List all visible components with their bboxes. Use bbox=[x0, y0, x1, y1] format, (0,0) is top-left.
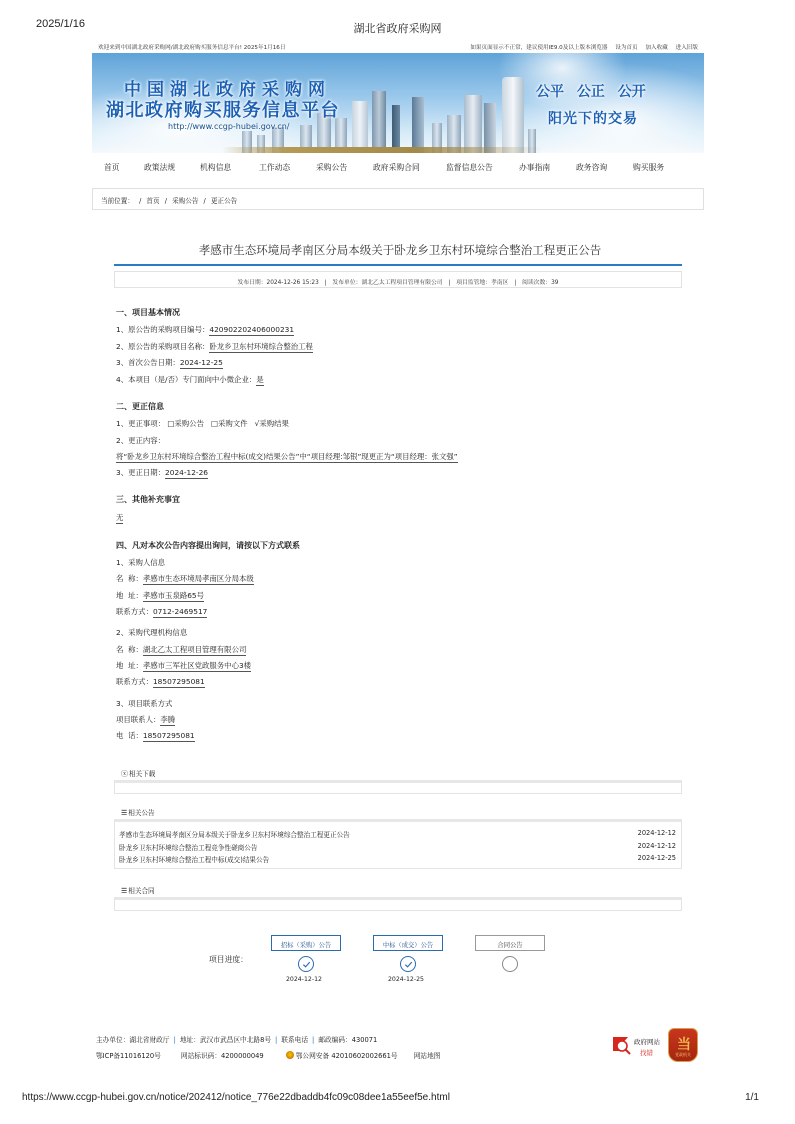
police-badge-icon bbox=[286, 1051, 294, 1059]
step-tender-date: 2024-12-12 bbox=[286, 976, 322, 983]
section1-heading: 一、项目基本情况 bbox=[116, 307, 180, 318]
nav-item-contracts[interactable]: 政府采购合同 bbox=[373, 162, 420, 173]
breadcrumb-separator: / bbox=[165, 197, 167, 205]
banner-title-secondary: 湖北政府购买服务信息平台 bbox=[106, 96, 340, 122]
region: 孝南区 bbox=[491, 280, 508, 286]
unchecked-box-icon: □ bbox=[211, 419, 218, 428]
magnifier-flag-icon bbox=[612, 1035, 634, 1057]
sme-only-value: 是 bbox=[256, 375, 263, 386]
footer-phone-link[interactable]: 联系电话 bbox=[281, 1036, 308, 1044]
step-award-notice-button[interactable]: 中标（成交）公告 bbox=[373, 935, 443, 951]
footer-info-line: 主办单位：湖北省财政厅|地址：武汉市武昌区中北路8号|联系电话|邮政编码：430… bbox=[96, 1034, 377, 1044]
nav-item-procurement-notices[interactable]: 采购公告 bbox=[316, 162, 347, 173]
related-notice-date: 2024-12-12 bbox=[638, 829, 676, 837]
purchaser-name: 孝感市生态环境局孝南区分局本级 bbox=[143, 574, 254, 585]
party-badge-label: 党政机关 bbox=[671, 1052, 695, 1058]
field-label: 地 址： bbox=[116, 591, 143, 600]
footer-registration-line: 鄂ICP备11016120号 网站标识码：4200000049 鄂公网安备 42… bbox=[96, 1050, 440, 1060]
views-label: 阅读次数： bbox=[522, 280, 551, 286]
footer-postcode: 邮政编码：430071 bbox=[318, 1036, 377, 1044]
field-label: 联系方式： bbox=[116, 677, 153, 686]
field-label: 1、原公告的采购项目编号： bbox=[116, 325, 209, 334]
nav-item-policies[interactable]: 政策法规 bbox=[144, 162, 175, 173]
publish-date-label: 发布日期： bbox=[238, 280, 267, 286]
banner-url: http://www.ccgp-hubei.gov.cn/ bbox=[168, 122, 289, 131]
field-label: 3、更正日期： bbox=[116, 468, 165, 477]
correction-content: 将“卧龙乡卫东村环境综合整治工程中标(成交)结果公告”中“项目经理:邹银”现更正… bbox=[116, 451, 458, 462]
original-project-number: 420902202406000231 bbox=[209, 325, 294, 336]
top-links: 如果页面显示不正常，建议使用IE9.0及以上版本浏览器 设为首页 加入收藏 进入… bbox=[464, 43, 698, 51]
publisher-label: 发布单位： bbox=[332, 280, 361, 286]
related-contracts-box bbox=[114, 897, 682, 911]
title-divider bbox=[114, 264, 682, 266]
supplementary-text: 无 bbox=[116, 513, 123, 524]
field-label: 联系方式： bbox=[116, 607, 153, 616]
purchaser-name-row: 名 称：孝感市生态环境局孝南区分局本级 bbox=[116, 573, 254, 584]
nav-item-supervision[interactable]: 监督信息公告 bbox=[446, 162, 493, 173]
welcome-text: 欢迎来到中国湖北政府采购网/湖北政府购买服务信息平台! 2025年1月16日 bbox=[98, 43, 285, 51]
findbug-line1: 政府网站 bbox=[634, 1037, 660, 1046]
correction-date: 2024-12-26 bbox=[165, 468, 208, 479]
field-label: 3、首次公告日期： bbox=[116, 358, 180, 367]
field-label: 名 称： bbox=[116, 574, 143, 583]
set-homepage-link[interactable]: 设为首页 bbox=[615, 45, 637, 51]
breadcrumb-separator: / bbox=[204, 197, 206, 205]
article-title: 孝感市生态环境局孝南区分局本级关于卧龙乡卫东村环境综合整治工程更正公告 bbox=[100, 242, 700, 258]
purchaser-address-row: 地 址：孝感市玉泉路65号 bbox=[116, 590, 204, 601]
related-downloads-box bbox=[114, 780, 682, 794]
print-page-number: 1/1 bbox=[745, 1092, 759, 1103]
breadcrumb: 当前位置： / 首页 / 采购公告 / 更正公告 bbox=[92, 188, 704, 210]
top-utility-bar: 欢迎来到中国湖北政府采购网/湖北政府购买服务信息平台! 2025年1月16日 如… bbox=[92, 41, 704, 53]
related-notice-item[interactable]: 孝感市生态环境局孝南区分局本级关于卧龙乡卫东村环境综合整治工程更正公告 2024… bbox=[119, 829, 676, 839]
site-id: 网站标识码：4200000049 bbox=[181, 1052, 264, 1060]
breadcrumb-separator: / bbox=[139, 197, 141, 205]
party-emblem-icon: 当 bbox=[677, 1034, 691, 1054]
download-circle-icon: ⓧ bbox=[121, 770, 128, 778]
agency-title: 2、采购代理机构信息 bbox=[116, 627, 187, 638]
step-contract-notice-button[interactable]: 合同公告 bbox=[475, 935, 545, 951]
breadcrumb-label: 当前位置： bbox=[101, 197, 134, 205]
matter-procurement-docs: □采购文件 bbox=[211, 419, 248, 428]
related-contracts-header: ☰相关合同 bbox=[121, 885, 155, 895]
checkmark-icon bbox=[404, 960, 413, 969]
nav-item-institutions[interactable]: 机构信息 bbox=[200, 162, 231, 173]
gov-site-findbug-badge[interactable]: 政府网站 找错 bbox=[612, 1033, 664, 1061]
agency-contact: 18507295081 bbox=[153, 677, 205, 688]
breadcrumb-home[interactable]: 首页 bbox=[146, 197, 159, 205]
related-notice-item[interactable]: 卧龙乡卫东村环境综合整治工程竞争性磋商公告 2024-12-12 bbox=[119, 842, 676, 852]
correction-date-row: 3、更正日期：2024-12-26 bbox=[116, 467, 208, 478]
police-record-text[interactable]: 鄂公网安备 42010602002661号 bbox=[296, 1052, 398, 1060]
region-label: 项目监管地： bbox=[456, 280, 491, 286]
footer-address: 地址：武汉市武昌区中北路8号 bbox=[180, 1036, 271, 1044]
step-award-date: 2024-12-25 bbox=[388, 976, 424, 983]
banner-slogan-primary: 公平 公正 公开 bbox=[536, 81, 646, 101]
original-project-name-row: 2、原公告的采购项目名称：卧龙乡卫东村环境综合整治工程 bbox=[116, 341, 313, 352]
breadcrumb-procurement-notices[interactable]: 采购公告 bbox=[172, 197, 198, 205]
agency-name: 湖北乙太工程项目管理有限公司 bbox=[143, 645, 246, 656]
nav-item-home[interactable]: 首页 bbox=[104, 162, 120, 173]
field-label: 项目联系人： bbox=[116, 715, 160, 724]
related-downloads-label: 相关下载 bbox=[129, 770, 155, 778]
matter-procurement-result: √采购结果 bbox=[255, 419, 289, 428]
field-label: 地 址： bbox=[116, 661, 143, 670]
site-banner: 中国湖北政府采购网 湖北政府购买服务信息平台 http://www.ccgp-h… bbox=[92, 53, 704, 153]
nav-item-work-news[interactable]: 工作动态 bbox=[259, 162, 290, 173]
matter-label: 采购结果 bbox=[259, 419, 289, 428]
print-footer: https://www.ccgp-hubei.gov.cn/notice/202… bbox=[0, 1092, 795, 1106]
agency-address: 孝感市三军社区党政服务中心3楼 bbox=[143, 661, 251, 672]
field-label: 1、更正事项： bbox=[116, 419, 165, 428]
related-notice-title[interactable]: 孝感市生态环境局孝南区分局本级关于卧龙乡卫东村环境综合整治工程更正公告 bbox=[119, 831, 350, 839]
sitemap-link[interactable]: 网站地图 bbox=[414, 1052, 441, 1060]
first-publish-date: 2024-12-25 bbox=[180, 358, 223, 369]
project-contact-phone-row: 电 话：18507295081 bbox=[116, 730, 195, 741]
breadcrumb-correction-notices[interactable]: 更正公告 bbox=[211, 197, 237, 205]
first-publish-date-row: 3、首次公告日期：2024-12-25 bbox=[116, 357, 223, 368]
party-gov-badge[interactable]: 当 党政机关 bbox=[668, 1028, 698, 1062]
related-notice-date: 2024-12-12 bbox=[638, 842, 676, 850]
nav-item-purchase-services[interactable]: 购买服务 bbox=[633, 162, 664, 173]
footer-sponsor: 主办单位：湖北省财政厅 bbox=[96, 1036, 170, 1044]
views-count: 39 bbox=[551, 280, 558, 286]
purchaser-address: 孝感市玉泉路65号 bbox=[143, 591, 204, 602]
field-label: 2、原公告的采购项目名称： bbox=[116, 342, 209, 351]
field-label: 电 话： bbox=[116, 731, 143, 740]
add-favorite-link[interactable]: 加入收藏 bbox=[645, 45, 667, 51]
related-downloads-header: ⓧ相关下载 bbox=[121, 768, 155, 779]
checkmark-icon bbox=[302, 960, 311, 969]
article-meta: 发布日期：2024-12-26 15:23 | 发布单位：湖北乙太工程项目管理有… bbox=[114, 271, 682, 288]
progress-label: 项目进度： bbox=[209, 954, 248, 965]
matter-label: 采购文件 bbox=[218, 419, 248, 428]
project-contact-phone: 18507295081 bbox=[143, 731, 195, 742]
publisher: 湖北乙太工程项目管理有限公司 bbox=[361, 280, 442, 286]
related-contracts-label: 相关合同 bbox=[128, 887, 154, 895]
list-icon: ☰ bbox=[121, 809, 127, 817]
field-label: 4、本项目（是/否）专门面向中小微企业： bbox=[116, 375, 256, 384]
related-notice-item[interactable]: 卧龙乡卫东村环境综合整治工程中标(成交)结果公告 2024-12-25 bbox=[119, 854, 676, 864]
list-icon: ☰ bbox=[121, 887, 127, 895]
correction-content-label: 2、更正内容： bbox=[116, 435, 165, 446]
sme-only-row: 4、本项目（是/否）专门面向中小微企业：是 bbox=[116, 374, 264, 385]
icp-link[interactable]: 鄂ICP备11016120号 bbox=[96, 1052, 161, 1060]
old-version-link[interactable]: 进入旧版 bbox=[676, 45, 698, 51]
agency-address-row: 地 址：孝感市三军社区党政服务中心3楼 bbox=[116, 660, 251, 671]
purchaser-title: 1、采购人信息 bbox=[116, 557, 165, 568]
print-page-title: 湖北省政府采购网 bbox=[0, 20, 795, 36]
matter-label: 采购公告 bbox=[174, 419, 204, 428]
agency-name-row: 名 称：湖北乙太工程项目管理有限公司 bbox=[116, 644, 246, 655]
purchaser-contact: 0712-2469517 bbox=[153, 607, 207, 618]
related-notices-header: ☰相关公告 bbox=[121, 807, 155, 817]
field-label: 名 称： bbox=[116, 645, 143, 654]
step-tender-notice-button[interactable]: 招标（采购）公告 bbox=[271, 935, 341, 951]
related-notices-label: 相关公告 bbox=[128, 809, 154, 817]
section3-heading: 三、其他补充事宜 bbox=[116, 494, 180, 505]
supplementary-value: 无 bbox=[116, 512, 123, 523]
banner-slogan-secondary: 阳光下的交易 bbox=[548, 108, 638, 128]
print-header: 2025/1/16 湖北省政府采购网 bbox=[0, 18, 795, 34]
publish-date: 2024-12-26 15:23 bbox=[267, 280, 319, 286]
related-notice-title[interactable]: 卧龙乡卫东村环境综合整治工程竞争性磋商公告 bbox=[119, 844, 257, 852]
main-nav: 首页 政策法规 机构信息 工作动态 采购公告 政府采购合同 监督信息公告 办事指… bbox=[92, 158, 704, 178]
nav-item-consulting[interactable]: 政务咨询 bbox=[576, 162, 607, 173]
print-url: https://www.ccgp-hubei.gov.cn/notice/202… bbox=[22, 1092, 450, 1103]
section2-heading: 二、更正信息 bbox=[116, 401, 164, 412]
browser-hint: 如果页面显示不正常，建议使用IE9.0及以上版本浏览器 bbox=[470, 45, 607, 51]
original-project-name: 卧龙乡卫东村环境综合整治工程 bbox=[209, 342, 312, 353]
project-contact-title: 3、项目联系方式 bbox=[116, 698, 172, 709]
related-notice-title[interactable]: 卧龙乡卫东村环境综合整治工程中标(成交)结果公告 bbox=[119, 856, 269, 864]
project-contact-person: 李腾 bbox=[160, 715, 175, 726]
nav-item-guide[interactable]: 办事指南 bbox=[519, 162, 550, 173]
step-tender-status bbox=[298, 956, 314, 972]
findbug-line2: 找错 bbox=[640, 1048, 653, 1057]
police-record[interactable]: 鄂公网安备 42010602002661号 bbox=[286, 1052, 398, 1060]
matter-procurement-notice: □采购公告 bbox=[167, 419, 204, 428]
correction-matters-row: 1、更正事项： □采购公告 □采购文件 √采购结果 bbox=[116, 418, 289, 429]
original-project-number-row: 1、原公告的采购项目编号：420902202406000231 bbox=[116, 324, 294, 335]
step-award-status bbox=[400, 956, 416, 972]
purchaser-contact-row: 联系方式：0712-2469517 bbox=[116, 606, 207, 617]
project-contact-person-row: 项目联系人：李腾 bbox=[116, 714, 175, 725]
step-contract-status bbox=[502, 956, 518, 972]
correction-content-text: 将“卧龙乡卫东村环境综合整治工程中标(成交)结果公告”中“项目经理:邹银”现更正… bbox=[116, 452, 458, 463]
agency-contact-row: 联系方式：18507295081 bbox=[116, 676, 205, 687]
related-notice-date: 2024-12-25 bbox=[638, 854, 676, 862]
section4-heading: 四、凡对本次公告内容提出询问，请按以下方式联系 bbox=[116, 540, 300, 551]
